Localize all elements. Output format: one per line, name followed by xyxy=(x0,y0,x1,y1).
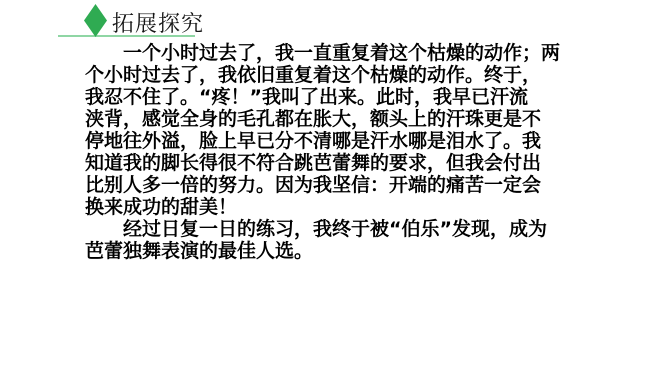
text-line: 换来成功的甜美！ xyxy=(85,196,575,218)
text-line: 比别人多一倍的努力。因为我坚信：开端的痛苦一定会 xyxy=(85,174,575,196)
diamond-bullet-icon xyxy=(84,4,107,37)
title-underline xyxy=(58,35,195,37)
text-line: 停地往外溢，脸上早已分不清哪是汗水哪是泪水了。我 xyxy=(85,130,575,152)
body-text: 一个小时过去了，我一直重复着这个枯燥的动作；两个小时过去了，我依旧重复着这个枯燥… xyxy=(85,42,575,262)
text-line: 一个小时过去了，我一直重复着这个枯燥的动作；两 xyxy=(85,42,575,64)
text-line: 我忍不住了。“疼！”我叫了出来。此时，我早已汗流 xyxy=(85,86,575,108)
text-line: 知道我的脚长得很不符合跳芭蕾舞的要求，但我会付出 xyxy=(85,152,575,174)
text-line: 浃背，感觉全身的毛孔都在胀大，额头上的汗珠更是不 xyxy=(85,108,575,130)
slide-title: 拓展探究 xyxy=(112,7,204,38)
text-line: 芭蕾独舞表演的最佳人选。 xyxy=(85,240,575,262)
text-line: 个小时过去了，我依旧重复着这个枯燥的动作。终于， xyxy=(85,64,575,86)
diamond-shape xyxy=(84,4,107,37)
text-line: 经过日复一日的练习，我终于被“伯乐”发现，成为 xyxy=(85,218,575,240)
presentation-slide: 拓展探究 一个小时过去了，我一直重复着这个枯燥的动作；两个小时过去了，我依旧重复… xyxy=(0,0,668,376)
